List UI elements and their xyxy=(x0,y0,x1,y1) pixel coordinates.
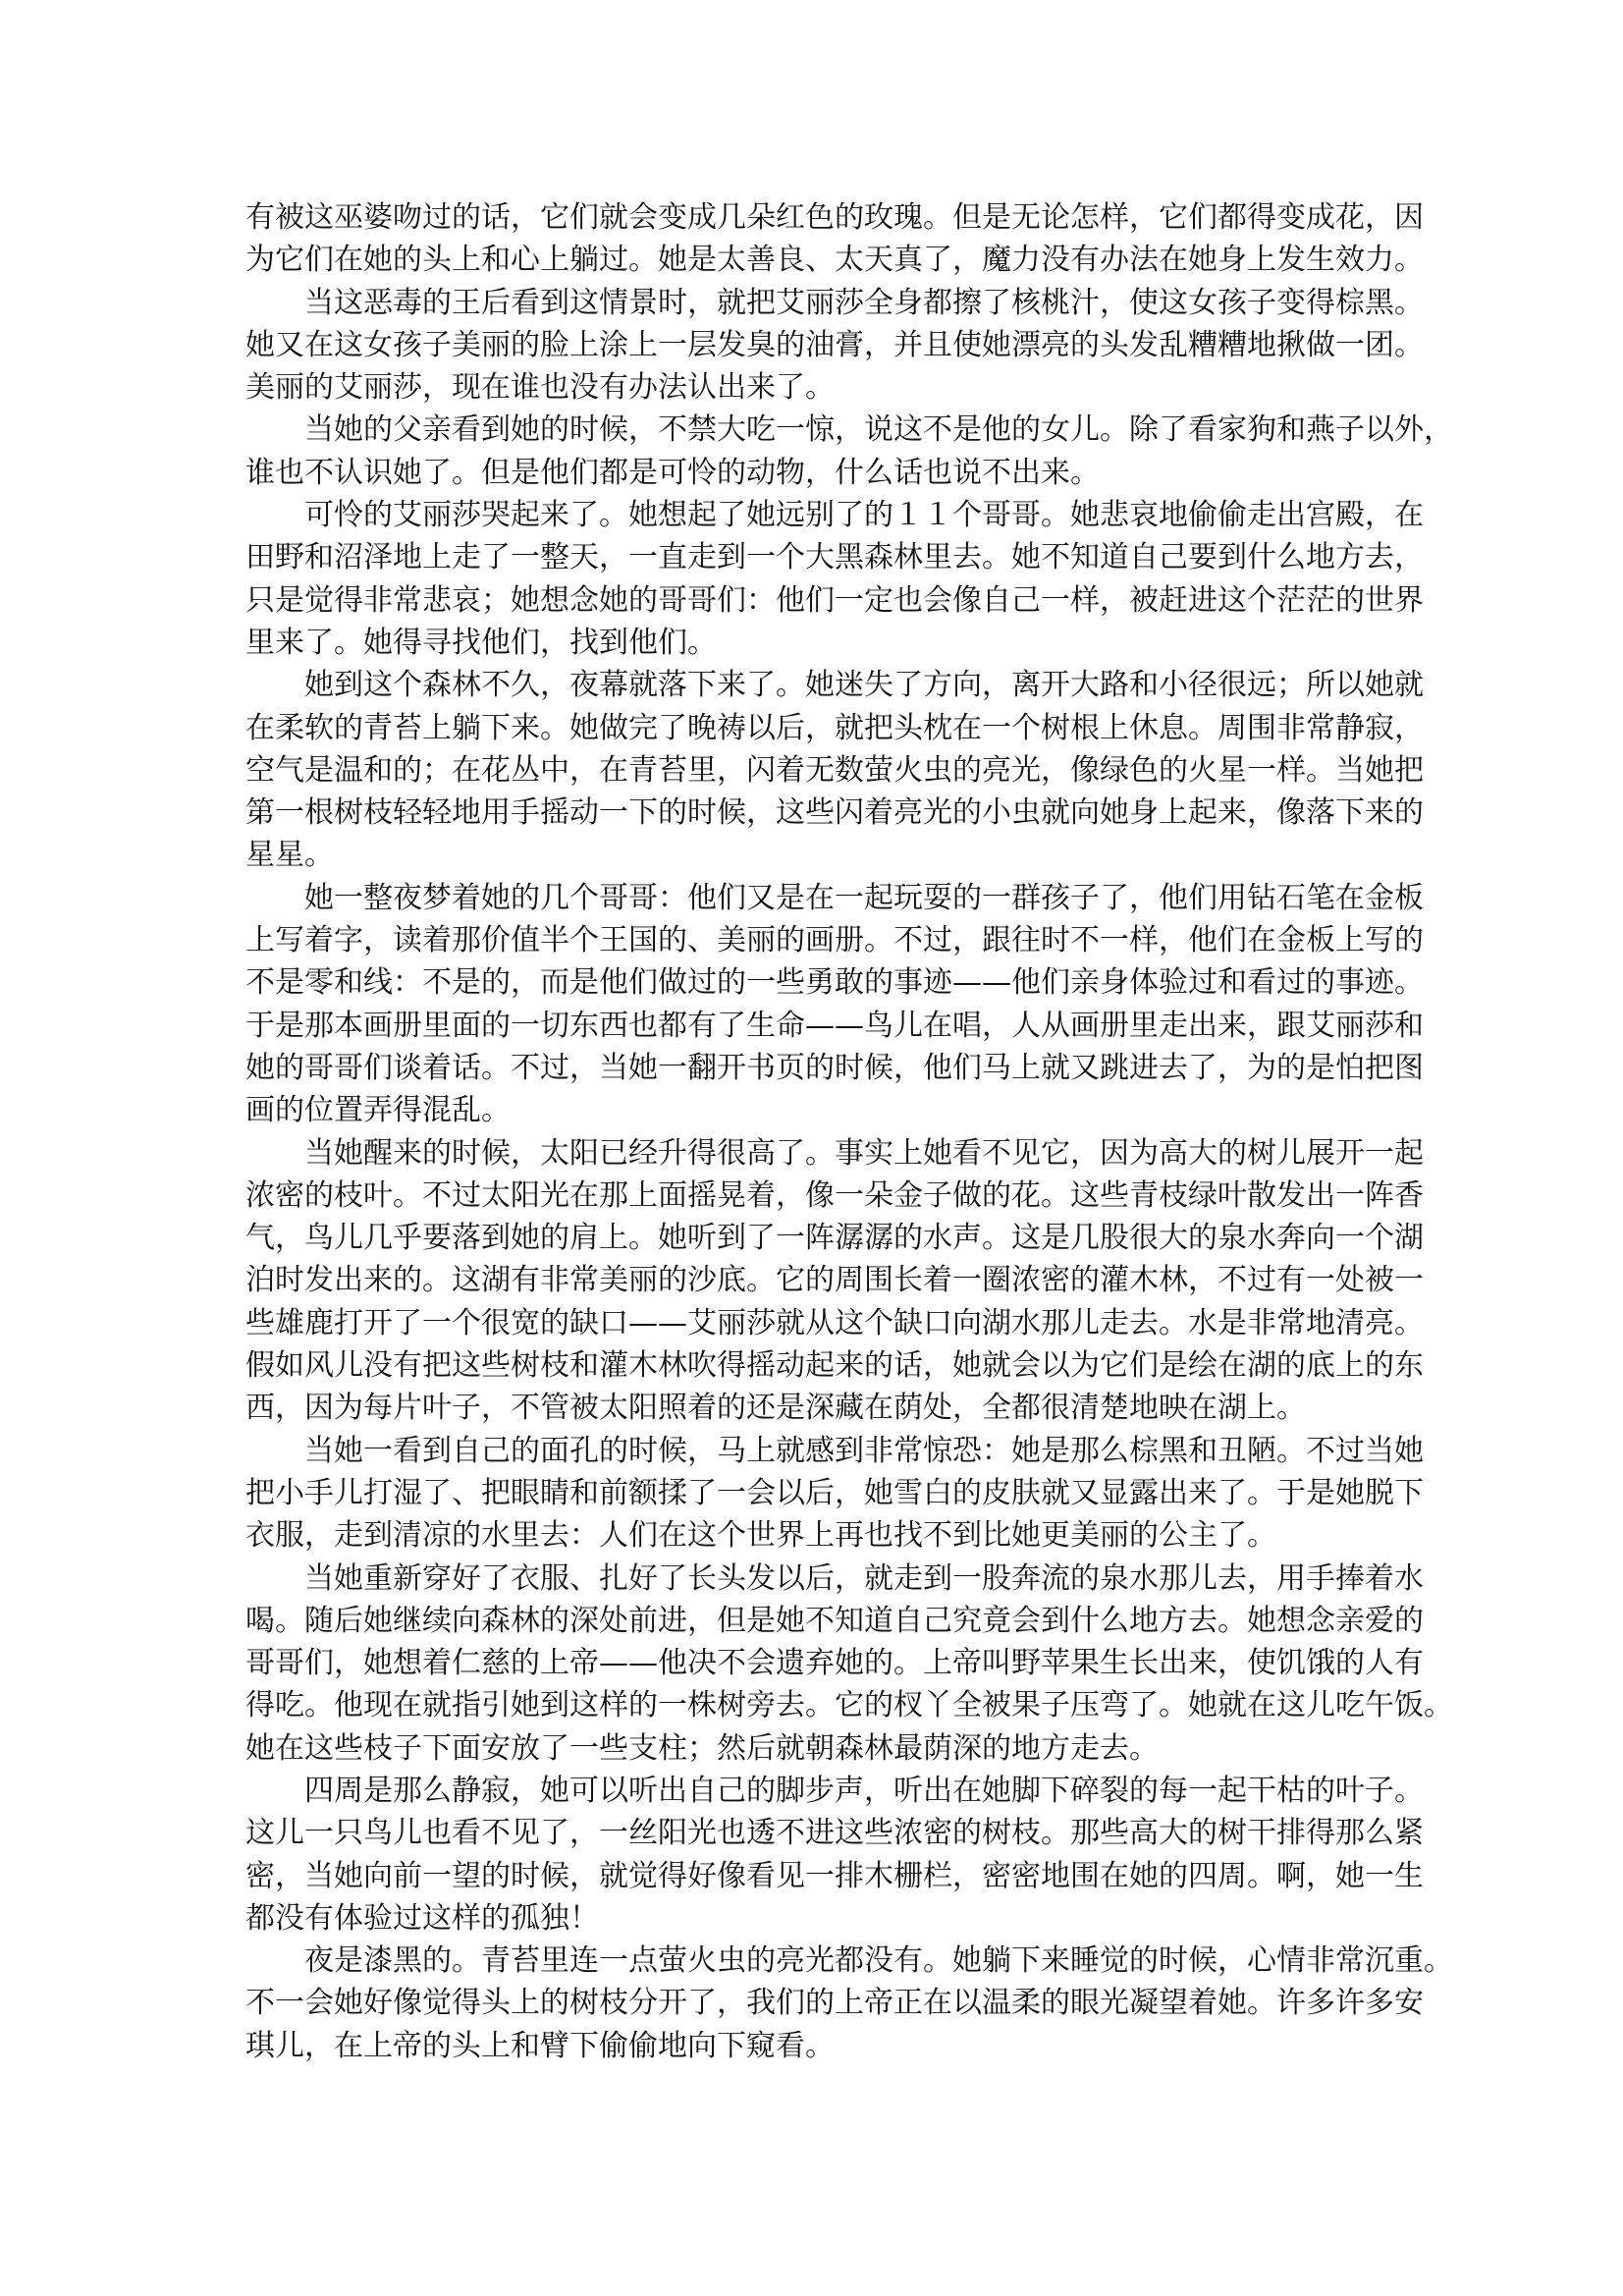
text-line: 衣服，走到清凉的水里去：人们在这个世界上再也找不到比她更美丽的公主了。 xyxy=(245,1514,1380,1557)
text-line: 在柔软的青苔上躺下来。她做完了晚祷以后，就把头枕在一个树根上休息。周围非常静寂， xyxy=(245,707,1380,749)
text-line: 气，鸟儿几乎要落到她的肩上。她听到了一阵潺潺的水声。这是几股很大的泉水奔向一个湖 xyxy=(245,1217,1380,1259)
text-line: 空气是温和的；在花丛中，在青苔里，闪着无数萤火虫的亮光，像绿色的火星一样。当她把 xyxy=(245,749,1380,792)
text-line: 当这恶毒的王后看到这情景时，就把艾丽莎全身都擦了核桃汁，使这女孩子变得棕黑。 xyxy=(245,282,1380,324)
paragraph: 当她醒来的时候，太阳已经升得很高了。事实上她看不见它，因为高大的树儿展开一起浓密… xyxy=(245,1132,1380,1430)
text-line: 当她一看到自己的面孔的时候，马上就感到非常惊恐：她是那么棕黑和丑陋。不过当她 xyxy=(245,1430,1380,1472)
text-line: 得吃。他现在就指引她到这样的一株树旁去。它的杈丫全被果子压弯了。她就在这儿吃午饭… xyxy=(245,1684,1380,1726)
text-line: 当她重新穿好了衣服、扎好了长头发以后，就走到一股奔流的泉水那儿去，用手捧着水 xyxy=(245,1558,1380,1600)
text-line: 为它们在她的头上和心上躺过。她是太善良、太天真了，魔力没有办法在她身上发生效力。 xyxy=(245,239,1380,281)
text-line: 于是那本画册里面的一切东西也都有了生命——鸟儿在唱，人从画册里走出来，跟艾丽莎和 xyxy=(245,1005,1380,1047)
text-line: 不是零和线：不是的，而是他们做过的一些勇敢的事迹——他们亲身体验过和看过的事迹。 xyxy=(245,961,1380,1004)
text-line: 上写着字，读着那价值半个王国的、美丽的画册。不过，跟往时不一样，他们在金板上写的 xyxy=(245,919,1380,961)
text-line: 第一根树枝轻轻地用手摇动一下的时候，这些闪着亮光的小虫就向她身上起来，像落下来的 xyxy=(245,792,1380,834)
paragraph: 有被这巫婆吻过的话，它们就会变成几朵红色的玫瑰。但是无论怎样，它们都得变成花，因… xyxy=(245,196,1380,282)
text-line: 她在这些枝子下面安放了一些支柱；然后就朝森林最荫深的地方走去。 xyxy=(245,1727,1380,1770)
text-line: 她的哥哥们谈着话。不过，当她一翻开书页的时候，他们马上就又跳进去了，为的是怕把图 xyxy=(245,1047,1380,1089)
text-line: 星星。 xyxy=(245,834,1380,876)
text-line: 可怜的艾丽莎哭起来了。她想起了她远别了的１１个哥哥。她悲哀地偷偷走出宫殿，在 xyxy=(245,494,1380,536)
text-line: 把小手儿打湿了、把眼睛和前额揉了一会以后，她雪白的皮肤就又显露出来了。于是她脱下 xyxy=(245,1472,1380,1514)
text-line: 泊时发出来的。这湖有非常美丽的沙底。它的周围长着一圈浓密的灌木林，不过有一处被一 xyxy=(245,1259,1380,1301)
paragraph: 当这恶毒的王后看到这情景时，就把艾丽莎全身都擦了核桃汁，使这女孩子变得棕黑。她又… xyxy=(245,282,1380,410)
paragraph: 她到这个森林不久，夜幕就落下来了。她迷失了方向，离开大路和小径很远；所以她就在柔… xyxy=(245,664,1380,876)
text-line: 只是觉得非常悲哀；她想念她的哥哥们：他们一定也会像自己一样，被赶进这个茫茫的世界 xyxy=(245,579,1380,622)
text-line: 美丽的艾丽莎，现在谁也没有办法认出来了。 xyxy=(245,366,1380,409)
paragraph: 她一整夜梦着她的几个哥哥：他们又是在一起玩耍的一群孩子了，他们用钻石笔在金板上写… xyxy=(245,877,1380,1132)
text-line: 夜是漆黑的。青苔里连一点萤火虫的亮光都没有。她躺下来睡觉的时候，心情非常沉重。 xyxy=(245,1940,1380,1982)
paragraph: 夜是漆黑的。青苔里连一点萤火虫的亮光都没有。她躺下来睡觉的时候，心情非常沉重。不… xyxy=(245,1940,1380,2067)
text-line: 西，因为每片叶子，不管被太阳照着的还是深藏在荫处，全都很清楚地映在湖上。 xyxy=(245,1387,1380,1429)
text-line: 画的位置弄得混乱。 xyxy=(245,1089,1380,1131)
text-line: 当她醒来的时候，太阳已经升得很高了。事实上她看不见它，因为高大的树儿展开一起 xyxy=(245,1132,1380,1175)
text-line: 有被这巫婆吻过的话，它们就会变成几朵红色的玫瑰。但是无论怎样，它们都得变成花，因 xyxy=(245,196,1380,239)
text-line: 些雄鹿打开了一个很宽的缺口——艾丽莎就从这个缺口向湖水那儿走去。水是非常地清亮。 xyxy=(245,1302,1380,1344)
text-line: 她一整夜梦着她的几个哥哥：他们又是在一起玩耍的一群孩子了，他们用钻石笔在金板 xyxy=(245,877,1380,919)
text-line: 她又在这女孩子美丽的脸上涂上一层发臭的油膏，并且使她漂亮的头发乱糟糟地揪做一团。 xyxy=(245,324,1380,366)
text-line: 都没有体验过这样的孤独！ xyxy=(245,1897,1380,1940)
text-line: 琪儿，在上帝的头上和臂下偷偷地向下窥看。 xyxy=(245,2025,1380,2067)
text-line: 四周是那么静寂，她可以听出自己的脚步声，听出在她脚下碎裂的每一起干枯的叶子。 xyxy=(245,1770,1380,1812)
text-line: 不一会她好像觉得头上的树枝分开了，我们的上帝正在以温柔的眼光凝望着她。许多许多安 xyxy=(245,1982,1380,2024)
text-line: 谁也不认识她了。但是他们都是可怜的动物，什么话也说不出来。 xyxy=(245,452,1380,494)
text-line: 浓密的枝叶。不过太阳光在那上面摇晃着，像一朵金子做的花。这些青枝绿叶散发出一阵香 xyxy=(245,1175,1380,1217)
paragraph: 可怜的艾丽莎哭起来了。她想起了她远别了的１１个哥哥。她悲哀地偷偷走出宫殿，在田野… xyxy=(245,494,1380,664)
paragraph: 当她重新穿好了衣服、扎好了长头发以后，就走到一股奔流的泉水那儿去，用手捧着水喝。… xyxy=(245,1558,1380,1770)
text-line: 田野和沼泽地上走了一整天，一直走到一个大黑森林里去。她不知道自己要到什么地方去， xyxy=(245,536,1380,578)
text-line: 里来了。她得寻找他们，找到他们。 xyxy=(245,622,1380,664)
text-line: 哥哥们，她想着仁慈的上帝——他决不会遗弃她的。上帝叫野苹果生长出来，使饥饿的人有 xyxy=(245,1642,1380,1684)
text-line: 假如风儿没有把这些树枝和灌木林吹得摇动起来的话，她就会以为它们是绘在湖的底上的东 xyxy=(245,1344,1380,1387)
text-line: 喝。随后她继续向森林的深处前进，但是她不知道自己究竟会到什么地方去。她想念亲爱的 xyxy=(245,1600,1380,1642)
text-line: 这儿一只鸟儿也看不见了，一丝阳光也透不进这些浓密的树枝。那些高大的树干排得那么紧 xyxy=(245,1812,1380,1854)
document-page: 有被这巫婆吻过的话，它们就会变成几朵红色的玫瑰。但是无论怎样，它们都得变成花，因… xyxy=(245,196,1380,2067)
text-line: 密，当她向前一望的时候，就觉得好像看见一排木栅栏，密密地围在她的四周。啊，她一生 xyxy=(245,1855,1380,1897)
paragraph: 当她的父亲看到她的时候，不禁大吃一惊，说这不是他的女儿。除了看家狗和燕子以外，谁… xyxy=(245,409,1380,494)
text-line: 她到这个森林不久，夜幕就落下来了。她迷失了方向，离开大路和小径很远；所以她就 xyxy=(245,664,1380,706)
text-line: 当她的父亲看到她的时候，不禁大吃一惊，说这不是他的女儿。除了看家狗和燕子以外， xyxy=(245,409,1380,451)
paragraph: 当她一看到自己的面孔的时候，马上就感到非常惊恐：她是那么棕黑和丑陋。不过当她把小… xyxy=(245,1430,1380,1558)
paragraph: 四周是那么静寂，她可以听出自己的脚步声，听出在她脚下碎裂的每一起干枯的叶子。这儿… xyxy=(245,1770,1380,1940)
